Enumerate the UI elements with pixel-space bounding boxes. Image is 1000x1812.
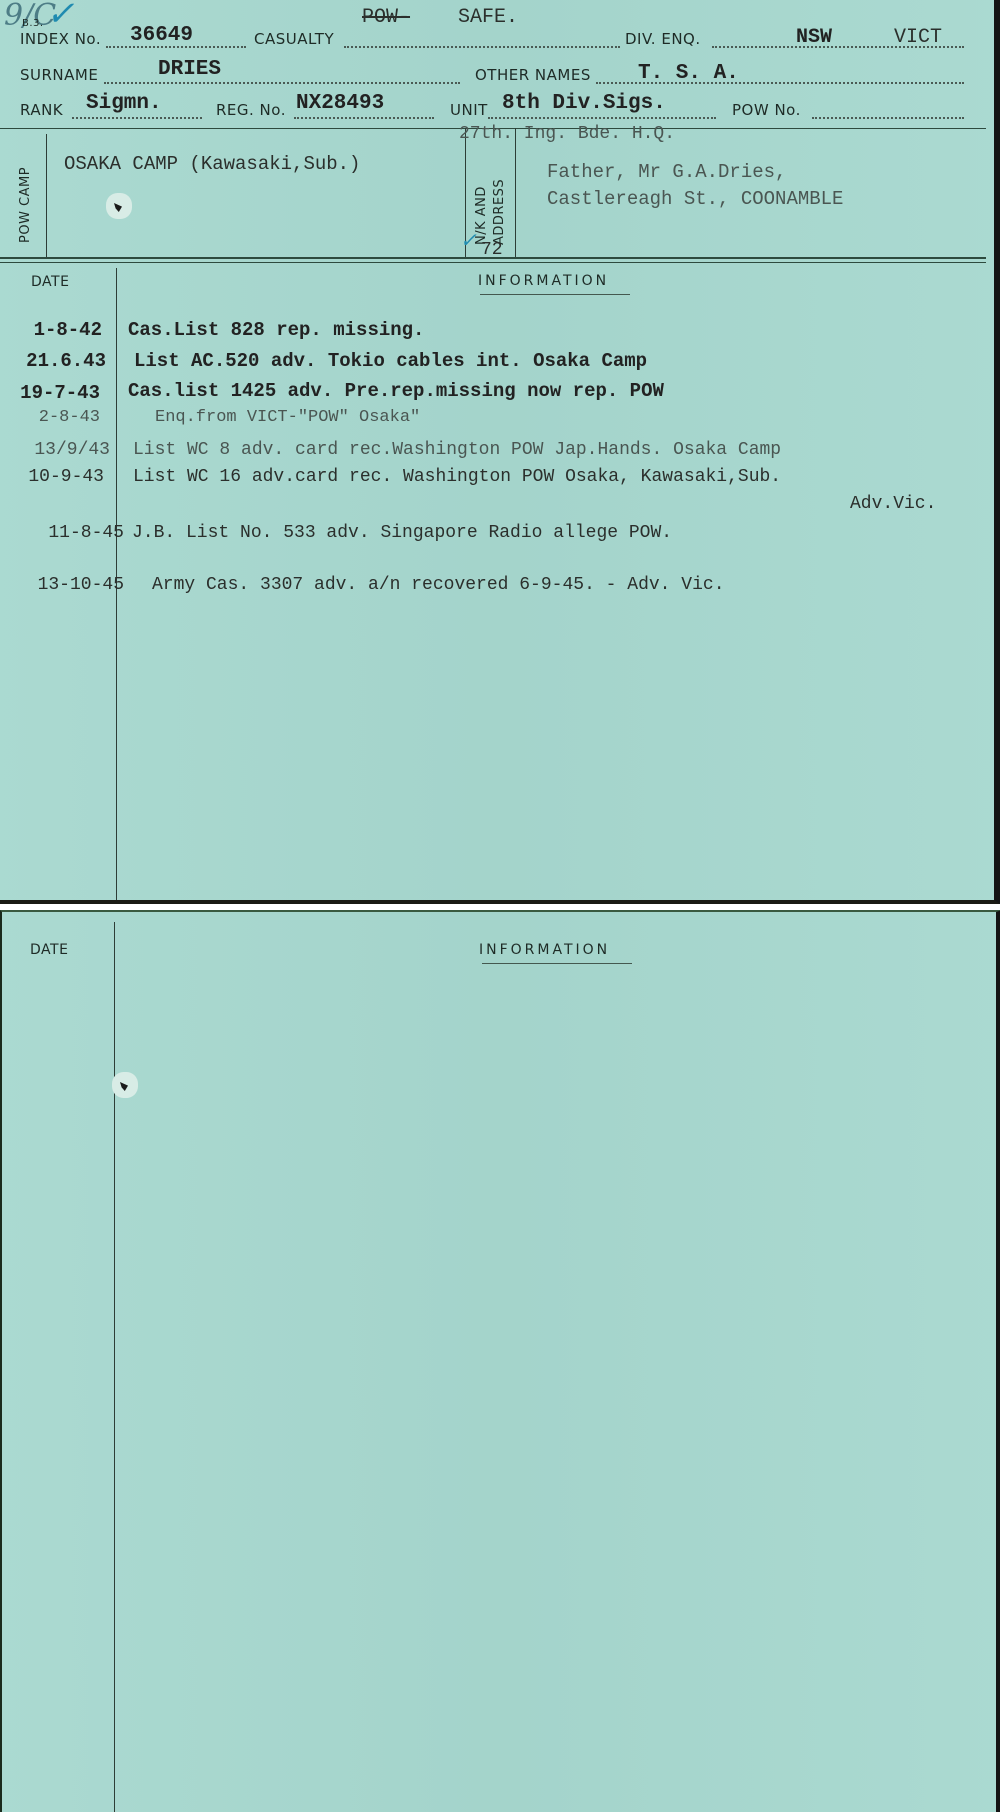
- check-mark-icon: ✓: [46, 0, 75, 34]
- row-info: List WC 16 adv.card rec. Washington POW …: [133, 467, 781, 487]
- pow-camp-value: OSAKA CAMP (Kawasaki,Sub.): [64, 153, 360, 175]
- pow-camp-label: POW CAMP: [18, 167, 33, 243]
- unit-overflow-text: 27th. Ing. Bde. H.Q.: [459, 124, 675, 144]
- row-info: J.B. List No. 533 adv. Singapore Radio a…: [132, 523, 672, 543]
- div-enq-label: DIV. ENQ.: [625, 30, 701, 48]
- reg-no-value: NX28493: [296, 92, 384, 115]
- information-column-header: INFORMATION: [478, 273, 609, 289]
- row-date: 1-8-42: [34, 319, 102, 341]
- index-value: 36649: [130, 24, 193, 47]
- record-card-front: 9/C ✓ B.3. INDEX No. 36649 CASUALTY POW-…: [0, 0, 1000, 904]
- nk-label-line2: ADDRESS: [492, 179, 507, 245]
- other-names-label: OTHER NAMES: [475, 66, 591, 84]
- unit-label: UNIT: [450, 101, 488, 119]
- row-date: 11-8-45: [48, 523, 124, 543]
- row-date: 19-7-43: [20, 382, 100, 404]
- row-info-continued: Adv.Vic.: [850, 494, 936, 514]
- row-date: 10-9-43: [28, 467, 104, 487]
- nk-address-line2: Castlereagh St., COONAMBLE: [547, 188, 843, 210]
- form-code: B.3.: [22, 18, 44, 29]
- row-info: Cas.list 1425 adv. Pre.rep.missing now r…: [128, 380, 664, 402]
- information-column-header: INFORMATION: [479, 942, 610, 958]
- punch-hole: [106, 193, 132, 219]
- reg-no-label: REG. No.: [216, 101, 286, 119]
- nk-address-line1: Father, Mr G.A.Dries,: [547, 161, 786, 183]
- casualty-label: CASUALTY: [254, 30, 334, 48]
- div-enq-vict: VICT: [894, 26, 942, 49]
- rank-value: Sigmn.: [86, 92, 162, 115]
- other-names-value: T. S. A.: [638, 62, 739, 85]
- rank-label: RANK: [20, 101, 63, 119]
- row-date: 21.6.43: [26, 350, 106, 372]
- punch-hole: [112, 1072, 138, 1098]
- row-info: Army Cas. 3307 adv. a/n recovered 6-9-45…: [152, 575, 725, 595]
- surname-label: SURNAME: [20, 66, 98, 84]
- row-date: 13-10-45: [38, 575, 124, 595]
- div-enq-nsw: NSW: [796, 26, 832, 49]
- row-date: 13/9/43: [34, 440, 110, 460]
- date-column-header: DATE: [31, 274, 69, 290]
- row-info: Enq.from VICT-"POW" Osaka": [155, 408, 420, 427]
- unit-value: 8th Div.Sigs.: [502, 92, 666, 115]
- record-card-back: DATE INFORMATION: [0, 910, 1000, 1812]
- index-label: INDEX No.: [20, 30, 101, 48]
- pow-no-label: POW No.: [732, 101, 801, 119]
- surname-value: DRIES: [158, 58, 221, 81]
- pen-check-icon: ✓: [460, 228, 477, 252]
- date-column-header: DATE: [30, 942, 68, 958]
- row-info: List AC.520 adv. Tokio cables int. Osaka…: [134, 350, 647, 372]
- casualty-value: SAFE.: [458, 6, 518, 29]
- row-info: List WC 8 adv. card rec.Washington POW J…: [133, 440, 781, 460]
- casualty-struck-value: POW-: [362, 6, 410, 29]
- row-date: 2-8-43: [39, 408, 100, 427]
- row-info: Cas.List 828 rep. missing.: [128, 319, 424, 341]
